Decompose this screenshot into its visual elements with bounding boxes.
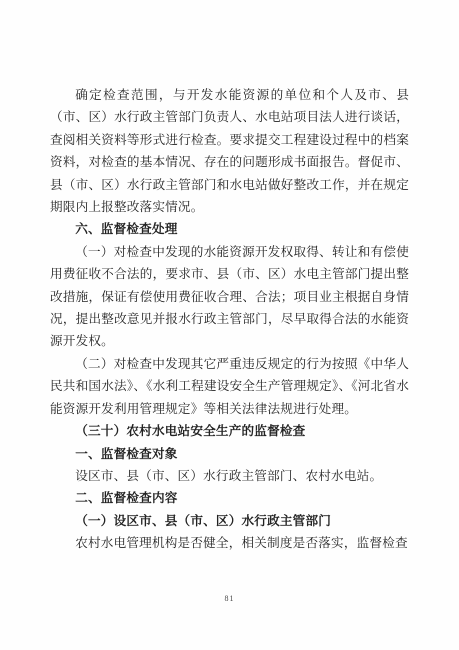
page-number: 81: [225, 594, 235, 603]
paragraph-targets: 设区市、县（市、区）水行政主管部门、农村水电站。: [50, 465, 409, 487]
document-body: 确定检查范围，与开发水能资源的单位和个人及市、县（市、区）水行政主管部门负责人、…: [50, 84, 409, 555]
paragraph-item-2: （二）对检查中发现其它严重违反规定的行为按照《中华人民共和国水法》、《水利工程建…: [50, 353, 409, 420]
paragraph-item-1: （一）对检查中发现的水能资源开发权取得、转让和有偿使用费征收不合法的，要求市、县…: [50, 241, 409, 353]
section-heading-6-handling: 六、监督检查处理: [50, 218, 409, 240]
section-heading-1-targets: 一、监督检查对象: [50, 443, 409, 465]
paragraph-department-content: 农村水电管理机构是否健全，相关制度是否落实，监督检查: [50, 532, 409, 554]
page-footer: 81: [0, 588, 459, 606]
document-page: 确定检查范围，与开发水能资源的单位和个人及市、县（市、区）水行政主管部门负责人、…: [0, 0, 459, 650]
paragraph-scope-of-inspection: 确定检查范围，与开发水能资源的单位和个人及市、县（市、区）水行政主管部门负责人、…: [50, 84, 409, 218]
chapter-heading-30: （三十）农村水电站安全生产的监督检查: [50, 420, 409, 442]
section-heading-2-content: 二、监督检查内容: [50, 487, 409, 509]
subsection-heading-1-departments: （一）设区市、县（市、区）水行政主管部门: [50, 510, 409, 532]
